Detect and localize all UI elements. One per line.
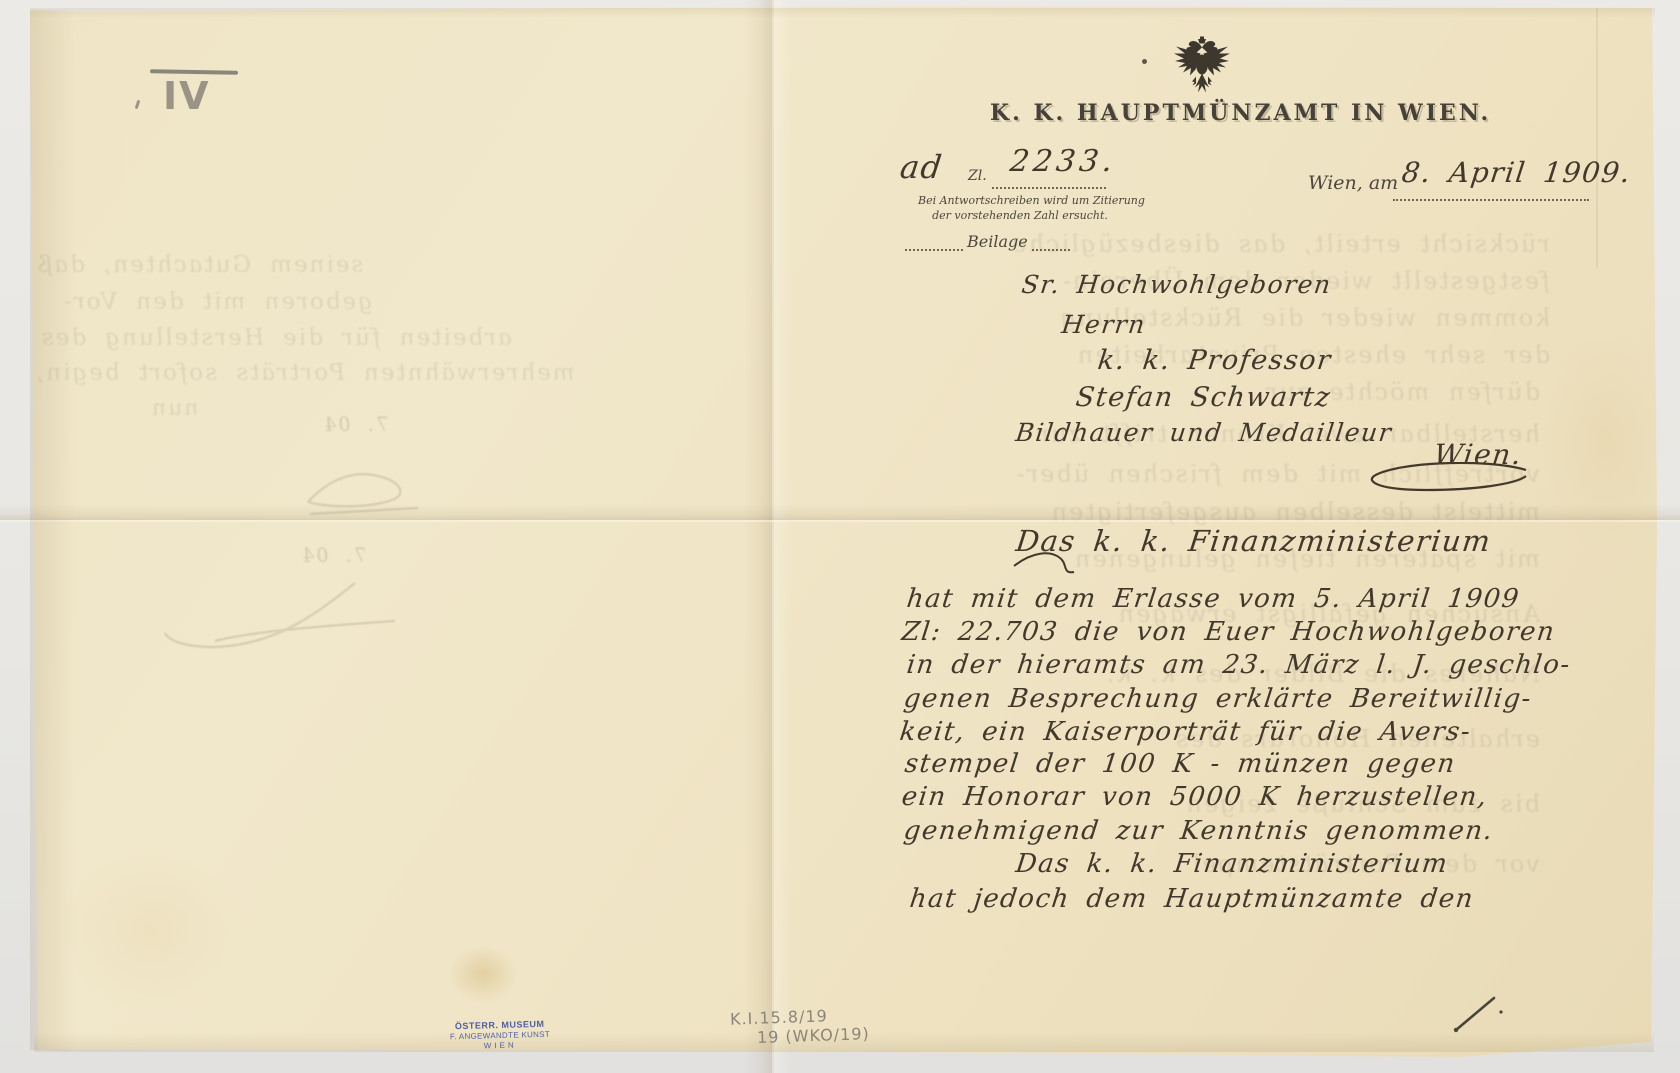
recipient-profession: Bildhauer und Medailleur [1014, 418, 1394, 447]
body-line: hat jedoch dem Hauptmünzamte den [908, 884, 1476, 914]
reference-zl-label: Zl. [968, 168, 987, 184]
recipient-honorific: Sr. Hochwohlgeboren [1020, 270, 1333, 299]
show-through-text: seinem Gutachten, daß [33, 252, 364, 278]
body-line: genehmigend zur Kenntnis genommen. [902, 816, 1495, 846]
reference-dotted-line [992, 186, 1106, 189]
dateline-date-handwritten: 8. April 1909. [1400, 156, 1633, 189]
recipient-name: Stefan Schwartz [1074, 382, 1333, 413]
citation-note-line2: der vorstehenden Zahl ersucht. [918, 209, 1122, 222]
dateline-printed: Wien, am [1308, 172, 1398, 194]
recipient-title: k. k. Professor [1096, 345, 1334, 376]
show-through-text: rücksicht erteilt, das diesbezügliche [788, 230, 1551, 258]
beilage-label: Beilage [967, 232, 1028, 251]
reference-number-handwritten: 2233. [1008, 144, 1118, 179]
body-line: ein Honorar von 5000 K herzustellen, [900, 782, 1489, 812]
beilage-leader-dots [1032, 236, 1070, 251]
body-line: Zl: 22.703 die von Euer Hochwohlgeboren [900, 617, 1557, 647]
body-line: hat mit dem Erlasse vom 5. April 1909 [905, 584, 1522, 614]
reference-ad-handwritten: ad [898, 148, 945, 186]
inventory-number-pencil-line2: 19 (WKO/19) [757, 1024, 870, 1047]
show-through-text: geboren mit den Vor- [60, 289, 374, 315]
city-underline-flourish [1366, 462, 1530, 496]
letterhead-title: K. K. HAUPTMÜNZAMT IN WIEN. [990, 100, 1410, 126]
body-line: Das k. k. Finanzministerium [1014, 849, 1450, 879]
show-through-text: mehrerwähnten Porträts sofort begin, [33, 360, 576, 386]
show-through-text: nun [148, 396, 200, 421]
show-through-signature [155, 575, 405, 655]
recipient-herrn: Herrn [1060, 310, 1148, 339]
beilage-row: Beilage [905, 232, 1070, 251]
body-line: stempel der 100 K - münzen gegen [903, 749, 1458, 779]
opening-flourish [1012, 536, 1102, 576]
body-line: genen Besprechung erklärte Bereitwillig- [902, 684, 1534, 714]
body-line: in der hieramts am 23. März l. J. geschl… [905, 650, 1573, 680]
show-through-annotation: 7. 04 [299, 545, 368, 567]
beilage-leader-dots [905, 236, 963, 251]
show-through-annotation: 7. 04 [321, 414, 390, 436]
scanned-letter-page: seinem Gutachten, daß geboren mit den Vo… [0, 0, 1680, 1073]
body-line: keit, ein Kaiserporträt für die Avers- [898, 717, 1473, 747]
show-through-text: kommen wieder die Rückstellung [793, 304, 1551, 332]
show-through-text: mittelst desselben ausgefertigten [813, 498, 1541, 526]
folio-number-pencil: IV [163, 74, 211, 118]
ink-slash-mark [1448, 992, 1512, 1036]
citation-note-line1: Bei Antwortschreiben wird um Zitierung [918, 194, 1122, 207]
dateline-dotted-line [1393, 198, 1589, 201]
museum-stamp: ÖSTERR. MUSEUM F. ANGEWANDTE KUNST WIEN [448, 1019, 553, 1053]
show-through-text: arbeiten für die Herstellung des [38, 325, 513, 351]
imperial-double-eagle-icon [1172, 32, 1232, 102]
show-through-signature [300, 460, 430, 520]
